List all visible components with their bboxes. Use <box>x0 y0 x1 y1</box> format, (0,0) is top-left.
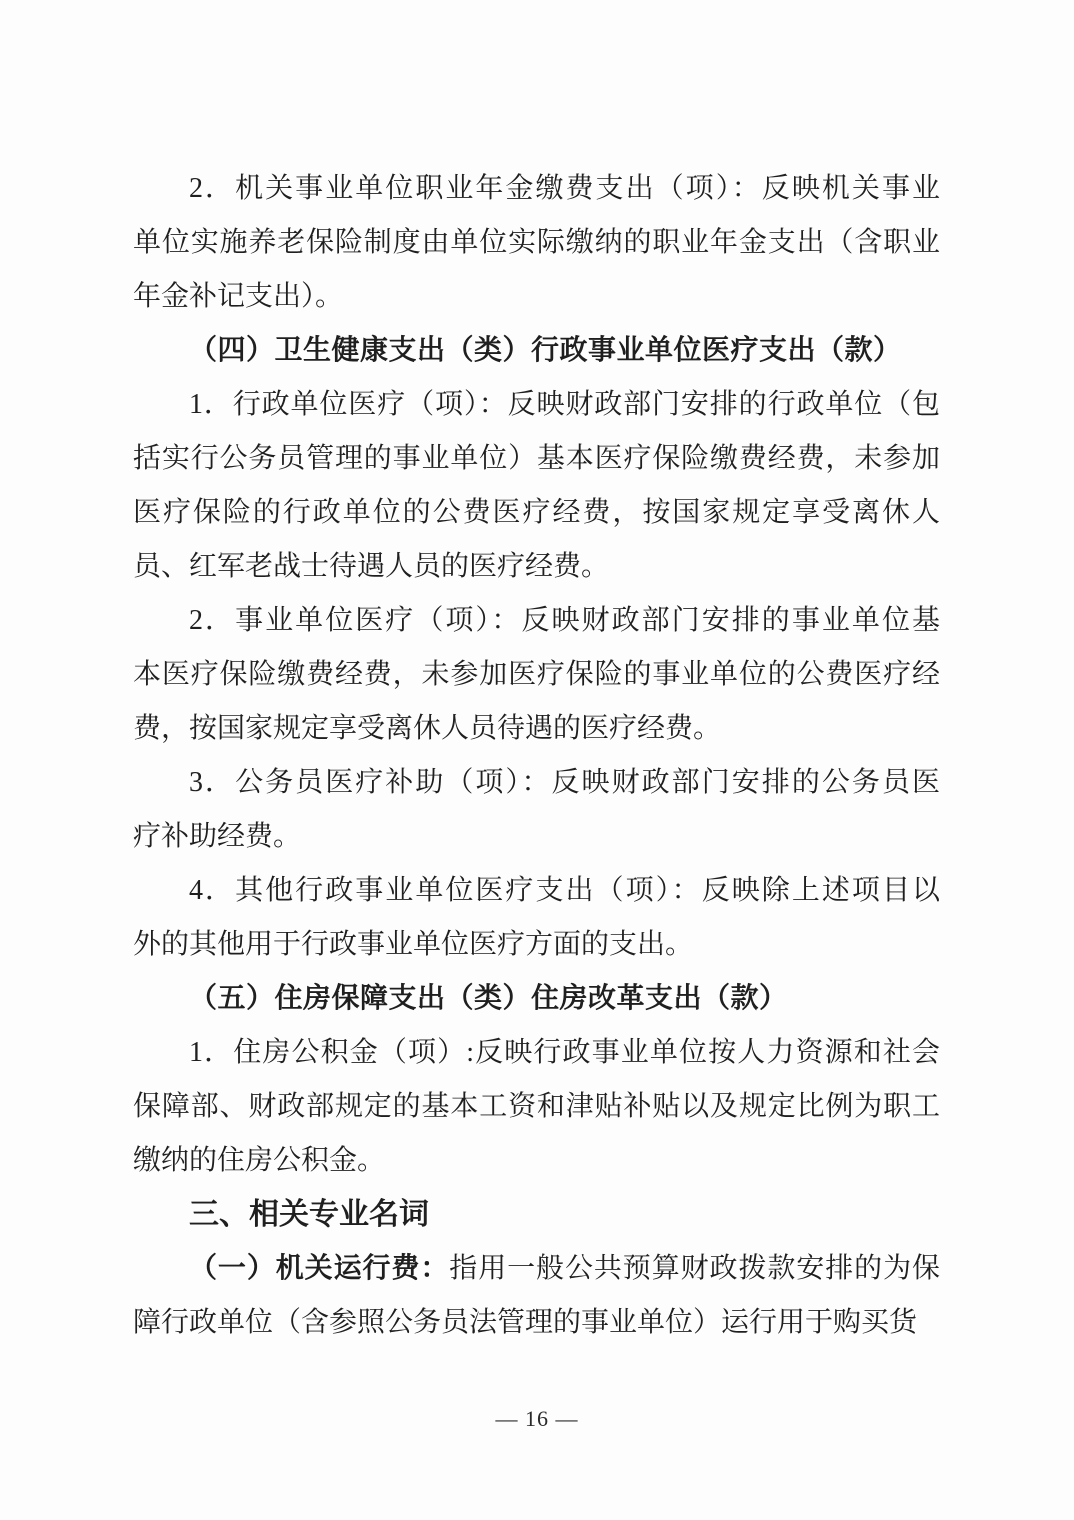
text-line: 员、红军老战士待遇人员的医疗经费。 <box>133 540 940 594</box>
para-housing-provident-fund: 1．住房公积金（项）:反映行政事业单位按人力资源和社会保障部、财政部规定的基本工… <box>133 1026 940 1188</box>
text-line: 年金补记支出）。 <box>133 270 940 324</box>
page-number: — 16 — <box>0 1406 1074 1432</box>
para-agency-operating-expenses: （一）机关运行费：指用一般公共预算财政拨款安排的为保障行政单位（含参照公务员法管… <box>133 1242 940 1350</box>
text-line: 本医疗保险缴费经费，未参加医疗保险的事业单位的公费医疗经 <box>133 648 940 702</box>
term-bold-lead: （一）机关运行费： <box>189 1253 449 1284</box>
text-line: 2．机关事业单位职业年金缴费支出（项）：反映机关事业 <box>133 162 940 216</box>
text-line: 缴纳的住房公积金。 <box>133 1134 940 1188</box>
text-line: 4．其他行政事业单位医疗支出（项）：反映除上述项目以 <box>133 864 940 918</box>
heading-related-terms: 三、相关专业名词 <box>133 1188 940 1242</box>
heading-health-expenditure: （四）卫生健康支出（类）行政事业单位医疗支出（款） <box>133 324 940 378</box>
text-line: 外的其他用于行政事业单位医疗方面的支出。 <box>133 918 940 972</box>
text-line: 3．公务员医疗补助（项）：反映财政部门安排的公务员医 <box>133 756 940 810</box>
text-line: 医疗保险的行政单位的公费医疗经费，按国家规定享受离休人 <box>133 486 940 540</box>
text-line: 三、相关专业名词 <box>133 1188 940 1242</box>
para-other-medical-expenditure: 4．其他行政事业单位医疗支出（项）：反映除上述项目以外的其他用于行政事业单位医疗… <box>133 864 940 972</box>
document-body: 2．机关事业单位职业年金缴费支出（项）：反映机关事业单位实施养老保险制度由单位实… <box>133 162 940 1350</box>
text-line: 障行政单位（含参照公务员法管理的事业单位）运行用于购买货 <box>133 1296 940 1350</box>
text-line: 单位实施养老保险制度由单位实际缴纳的职业年金支出（含职业 <box>133 216 940 270</box>
text-line: 2．事业单位医疗（项）：反映财政部门安排的事业单位基 <box>133 594 940 648</box>
text-line: 括实行公务员管理的事业单位）基本医疗保险缴费经费，未参加 <box>133 432 940 486</box>
para-administrative-unit-medical: 1．行政单位医疗（项）：反映财政部门安排的行政单位（包括实行公务员管理的事业单位… <box>133 378 940 594</box>
text-line: （一）机关运行费：指用一般公共预算财政拨款安排的为保 <box>133 1242 940 1296</box>
text-line: 1．住房公积金（项）:反映行政事业单位按人力资源和社会 <box>133 1026 940 1080</box>
heading-housing-security-expenditure: （五）住房保障支出（类）住房改革支出（款） <box>133 972 940 1026</box>
para-civil-servant-medical-subsidy: 3．公务员医疗补助（项）：反映财政部门安排的公务员医疗补助经费。 <box>133 756 940 864</box>
text-line: （五）住房保障支出（类）住房改革支出（款） <box>133 972 940 1026</box>
text-line: 费，按国家规定享受离休人员待遇的医疗经费。 <box>133 702 940 756</box>
para-public-institution-medical: 2．事业单位医疗（项）：反映财政部门安排的事业单位基本医疗保险缴费经费，未参加医… <box>133 594 940 756</box>
para-occupational-annuity-contribution: 2．机关事业单位职业年金缴费支出（项）：反映机关事业单位实施养老保险制度由单位实… <box>133 162 940 324</box>
text-line: 1．行政单位医疗（项）：反映财政部门安排的行政单位（包 <box>133 378 940 432</box>
text-line: 疗补助经费。 <box>133 810 940 864</box>
document-page: 2．机关事业单位职业年金缴费支出（项）：反映机关事业单位实施养老保险制度由单位实… <box>0 0 1074 1520</box>
text-line: 保障部、财政部规定的基本工资和津贴补贴以及规定比例为职工 <box>133 1080 940 1134</box>
text-line: （四）卫生健康支出（类）行政事业单位医疗支出（款） <box>133 324 940 378</box>
